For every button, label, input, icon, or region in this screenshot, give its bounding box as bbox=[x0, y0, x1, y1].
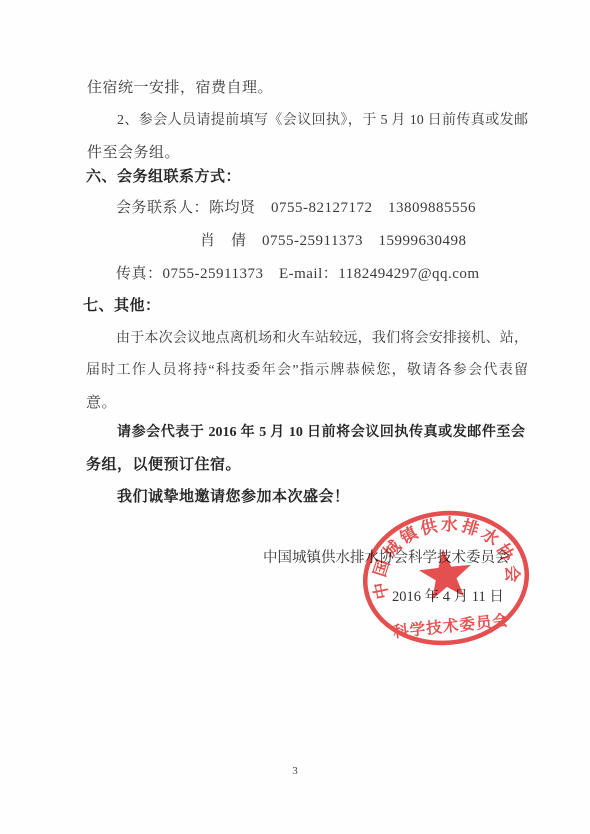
contact-person-line: 会务联系人：陈均贤 0755-82127172 13809885556 bbox=[116, 200, 476, 217]
seal-star-icon bbox=[417, 546, 474, 601]
paragraph-line: 由于本次会议地点离机场和火车站较远，我们将会安排接机、站， bbox=[116, 331, 528, 347]
page-number: 3 bbox=[0, 765, 590, 777]
contact-person-line: 肖 倩 0755-25911373 15999630498 bbox=[200, 233, 466, 250]
official-seal: 中国城镇供水排水协会 科学技术委员会 bbox=[351, 497, 541, 659]
section-heading-other: 七、其他： bbox=[83, 298, 161, 315]
paragraph-line: 届时工作人员将持“科技委年会”指示牌恭候您，敬请各参会代表留 bbox=[86, 363, 528, 379]
section-heading-contact: 六、会务组联系方式： bbox=[86, 169, 241, 186]
paragraph-continuation-line: 住宿统一安排，宿费自理。 bbox=[87, 80, 273, 97]
invitation-line: 我们诚挚地邀请您参加本次盛会！ bbox=[117, 489, 350, 506]
paragraph-line: 2、参会人员请提前填写《会议回执》，于 5 月 10 日前传真或发邮 bbox=[117, 113, 528, 129]
seal-bottom-text: 科学技术委员会 bbox=[392, 610, 510, 641]
paragraph-line: 意。 bbox=[86, 395, 117, 412]
deadline-notice-line: 请参会代表于 2016 年 5 月 10 日前将会议回执传真或发邮件至会 bbox=[117, 425, 525, 441]
fax-email-line: 传真：0755-25911373 E-mail：1182494297@qq.co… bbox=[116, 266, 480, 283]
document-page: 住宿统一安排，宿费自理。 2、参会人员请提前填写《会议回执》，于 5 月 10 … bbox=[0, 0, 590, 834]
paragraph-line: 件至会务组。 bbox=[87, 145, 180, 162]
deadline-notice-line: 务组，以便预订住宿。 bbox=[86, 457, 241, 474]
